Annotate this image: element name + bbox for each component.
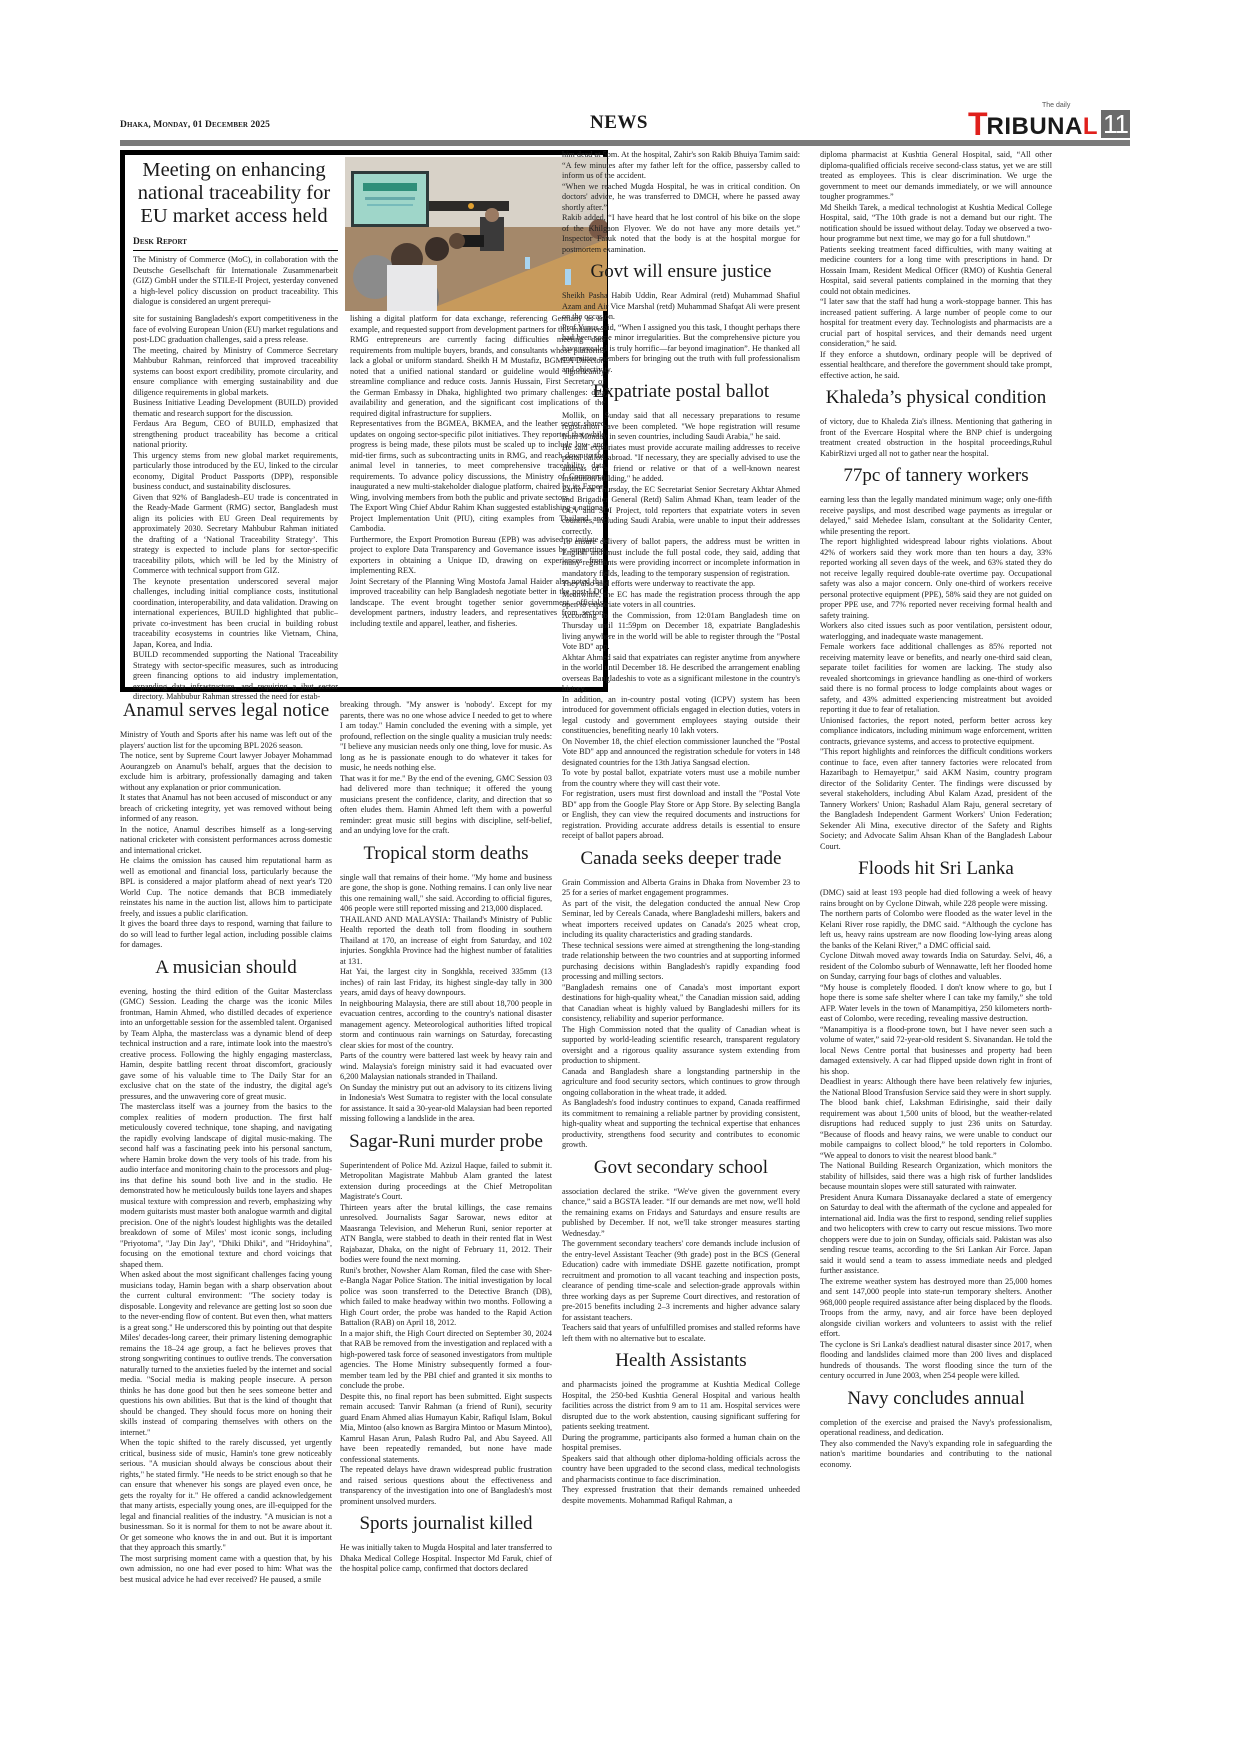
paragraph: Hat Yai, the largest city in Songkhla, r… [340, 967, 552, 999]
paragraph: He claims the omission has caused him re… [120, 856, 332, 919]
column-1: Anamul serves legal notice Ministry of Y… [120, 700, 332, 1585]
story-headline: Govt secondary school [562, 1157, 800, 1179]
story-headline: 77pc of tannery workers [820, 465, 1052, 487]
story-body: Ministry of Youth and Sports after his n… [120, 730, 332, 951]
paragraph: These technical sessions were aimed at s… [562, 941, 800, 983]
brand-last-letter: L [1083, 113, 1098, 140]
paragraph: The High Commission noted that the quali… [562, 1025, 800, 1067]
paragraph: The notice, sent by Supreme Court lawyer… [120, 751, 332, 793]
story-headline: Sports journalist killed [340, 1513, 552, 1535]
story-body: evening, hosting the third edition of th… [120, 987, 332, 1586]
paragraph: breaking through. "My answer is 'nobody'… [340, 700, 552, 774]
paragraph: It states that Anamul has not been accus… [120, 793, 332, 825]
tribune-logo: The daily T RIBUNAL [968, 110, 1098, 138]
paragraph: President Anura Kumara Dissanayake decla… [820, 1193, 1052, 1277]
paragraph: "Bangladesh remains one of Canada's most… [562, 983, 800, 1025]
paragraph: Sheikh Pasha Habib Uddin, Rear Admiral (… [562, 291, 800, 323]
story-body: He was initially taken to Mugda Hospital… [340, 1543, 552, 1575]
paragraph: Ferdaus Ara Begum, CEO of BUILD, emphasi… [133, 419, 338, 451]
paragraph: Meanwhile, the EC has made the registrat… [562, 590, 800, 611]
lead-story-box: Meeting on enhancing national traceabili… [120, 150, 608, 692]
paragraph: Patients seeking treatment faced difficu… [820, 245, 1052, 298]
paragraph: He said expatriates must provide accurat… [562, 443, 800, 485]
lead-headline: Meeting on enhancing national traceabili… [129, 159, 339, 228]
paragraph: completion of the exercise and praised t… [820, 1418, 1052, 1439]
paragraph: “My house is completely flooded. I don't… [820, 983, 1052, 1025]
lead-intro: The Ministry of Commerce (MoC), in colla… [133, 255, 338, 308]
paragraph: Mollik, on Sunday said that all necessar… [562, 411, 800, 443]
story-headline: A musician should [120, 957, 332, 979]
story-headline: Canada seeks deeper trade [562, 848, 800, 870]
newspaper-page: Dhaka, Monday, 01 December 2025 NEWS The… [120, 0, 1130, 1754]
paragraph: Teachers said that years of unfulfilled … [562, 1323, 800, 1344]
paragraph: Rakib added, “I have heard that he lost … [562, 213, 800, 255]
paragraph: him dead at 5pm. At the hospital, Zahir'… [562, 150, 800, 182]
story-body: breaking through. "My answer is 'nobody'… [340, 700, 552, 837]
paragraph: single wall that remains of their home. … [340, 873, 552, 915]
paragraph: The meeting, chaired by Ministry of Comm… [133, 346, 338, 399]
section-title: NEWS [590, 112, 648, 134]
story-body: Grain Commission and Alberta Grains in D… [562, 878, 800, 1151]
lead-intro-text: The Ministry of Commerce (MoC), in colla… [133, 255, 338, 308]
story-body: single wall that remains of their home. … [340, 873, 552, 1125]
paragraph: In addition, an in-country postal voting… [562, 695, 800, 737]
paragraph: Ministry of Youth and Sports after his n… [120, 730, 332, 751]
paragraph: The keynote presentation underscored sev… [133, 577, 338, 651]
brand-wordmark-text: RIBUNA [987, 113, 1083, 140]
paragraph: Md Sheikh Tarek, a medical technologist … [820, 203, 1052, 245]
paragraph: Parts of the country were battered last … [340, 1051, 552, 1083]
paragraph: earning less than the legally mandated m… [820, 495, 1052, 537]
paragraph: diploma pharmacist at Kushtia General Ho… [820, 150, 1052, 203]
story-body: association declared the strike. “We've … [562, 1187, 800, 1345]
paragraph: The masterclass itself was a journey fro… [120, 1102, 332, 1270]
paragraph: association declared the strike. “We've … [562, 1187, 800, 1240]
masthead: Dhaka, Monday, 01 December 2025 NEWS The… [120, 108, 1130, 142]
paragraph: Female workers face additional challenge… [820, 642, 1052, 716]
paragraph: As Bangladesh's food industry continues … [562, 1098, 800, 1151]
story-headline: Sagar-Runi murder probe [340, 1131, 552, 1153]
story-body: (DMC) said at least 193 people had died … [820, 888, 1052, 1382]
paragraph: Thirteen years after the brutal killings… [340, 1203, 552, 1266]
paragraph: According to the Commission, from 12:01a… [562, 611, 800, 653]
paragraph: As part of the visit, the delegation con… [562, 899, 800, 941]
paragraph: During the programme, participants also … [562, 1433, 800, 1454]
paragraph: Despite this, no final report has been s… [340, 1392, 552, 1466]
header-rule [120, 140, 1130, 146]
paragraph: “I later saw that the staff had hung a w… [820, 297, 1052, 350]
paragraph: To vote by postal ballot, expatriate vot… [562, 768, 800, 789]
paragraph: Akhtar Ahmed said that expatriates can r… [562, 653, 800, 695]
story-headline: Expatriate postal ballot [562, 381, 800, 403]
brand-first-letter: T [968, 110, 987, 138]
brand-logo: The daily T RIBUNAL 11 [968, 104, 1130, 138]
story-headline: Health Assistants [562, 1350, 800, 1372]
column-2: breaking through. "My answer is 'nobody'… [340, 700, 552, 1575]
paragraph: On November 18, the chief election commi… [562, 737, 800, 769]
paragraph: “When we reached Mugda Hospital, he was … [562, 182, 800, 214]
column-3: him dead at 5pm. At the hospital, Zahir'… [562, 150, 800, 1506]
brand-wordmark: RIBUNAL [987, 116, 1099, 138]
paragraph: "This report highlights and reinforces t… [820, 747, 1052, 852]
paragraph: To ensure delivery of ballot papers, the… [562, 537, 800, 579]
story-headline: Tropical storm deaths [340, 843, 552, 865]
paragraph: The cyclone is Sri Lanka's deadliest nat… [820, 1340, 1052, 1382]
lead-body-left: site for sustaining Bangladesh's export … [133, 314, 338, 703]
paragraph: Given that 92% of Bangladesh–EU trade is… [133, 493, 338, 577]
paragraph: Cyclone Ditwah moved away towards India … [820, 951, 1052, 983]
paragraph: and pharmacists joined the programme at … [562, 1380, 800, 1433]
paragraph: evening, hosting the third edition of th… [120, 987, 332, 1103]
story-headline: Govt will ensure justice [562, 261, 800, 283]
paragraph: The government secondary teachers' core … [562, 1239, 800, 1323]
story-body: completion of the exercise and praised t… [820, 1418, 1052, 1471]
paragraph: In the notice, Anamul describes himself … [120, 825, 332, 857]
brand-tagline: The daily [1042, 102, 1070, 109]
paragraph: In neighbouring Malaysia, there are stil… [340, 999, 552, 1052]
story-headline: Anamul serves legal notice [120, 700, 332, 722]
column-4: diploma pharmacist at Kushtia General Ho… [820, 150, 1052, 1470]
story-body: and pharmacists joined the programme at … [562, 1380, 800, 1506]
paragraph: BUILD recommended supporting the Nationa… [133, 650, 338, 703]
paragraph: Unionised factories, the report noted, p… [820, 716, 1052, 748]
paragraph: Workers also cited issues such as poor v… [820, 621, 1052, 642]
paragraph: The extreme weather system has destroyed… [820, 1277, 1052, 1340]
paragraph: When the topic shifted to the rarely dis… [120, 1438, 332, 1554]
paragraph: of victory, due to Khaleda Zia's illness… [820, 417, 1052, 459]
paragraph: Prof Yunus said, “When I assigned you th… [562, 323, 800, 376]
paragraph: The most surprising moment came with a q… [120, 1554, 332, 1586]
story-body: Mollik, on Sunday said that all necessar… [562, 411, 800, 842]
paragraph: Runi's brother, Nowsher Alam Roman, file… [340, 1266, 552, 1329]
paragraph: They also said efforts were underway to … [562, 579, 800, 590]
paragraph: “Manampitiya is a flood-prone town, but … [820, 1025, 1052, 1078]
dateline: Dhaka, Monday, 01 December 2025 [120, 120, 270, 130]
byline: Desk Report [133, 237, 338, 251]
paragraph: Grain Commission and Alberta Grains in D… [562, 878, 800, 899]
paragraph: On Sunday the ministry put out an adviso… [340, 1083, 552, 1125]
story-body: Sheikh Pasha Habib Uddin, Rear Admiral (… [562, 291, 800, 375]
paragraph: Canada and Bangladesh share a longstandi… [562, 1067, 800, 1099]
story-body: Superintendent of Police Md. Azizul Haqu… [340, 1161, 552, 1508]
paragraph: The report highlighted widespread labour… [820, 537, 1052, 621]
paragraph: Business Initiative Leading Development … [133, 398, 338, 419]
paragraph: That was it for me." By the end of the e… [340, 774, 552, 837]
paragraph: When asked about the most significant ch… [120, 1270, 332, 1438]
paragraph: Earlier on Thursday, the EC Secretariat … [562, 485, 800, 538]
paragraph: If they enforce a shutdown, ordinary peo… [820, 350, 1052, 382]
paragraph: The blood bank chief, Lakshman Edirising… [820, 1098, 1052, 1161]
paragraph: They expressed frustration that their de… [562, 1485, 800, 1506]
story-body: diploma pharmacist at Kushtia General Ho… [820, 150, 1052, 381]
paragraph: site for sustaining Bangladesh's export … [133, 314, 338, 346]
paragraph: In a major shift, the High Court directe… [340, 1329, 552, 1392]
paragraph: This urgency stems from new global marke… [133, 451, 338, 493]
paragraph: Speakers said that although other diplom… [562, 1454, 800, 1486]
paragraph: The National Building Research Organizat… [820, 1161, 1052, 1193]
story-body: earning less than the legally mandated m… [820, 495, 1052, 852]
paragraph: They also commended the Navy's expanding… [820, 1439, 1052, 1471]
story-body: him dead at 5pm. At the hospital, Zahir'… [562, 150, 800, 255]
paragraph: For registration, users must first downl… [562, 789, 800, 842]
story-body: of victory, due to Khaleda Zia's illness… [820, 417, 1052, 459]
paragraph: Deadliest in years: Although there have … [820, 1077, 1052, 1098]
story-headline: Khaleda’s physical condition [820, 387, 1052, 409]
paragraph: The repeated delays have drawn widesprea… [340, 1465, 552, 1507]
paragraph: THAILAND AND MALAYSIA: Thailand's Minist… [340, 915, 552, 968]
paragraph: It gives the board three days to respond… [120, 919, 332, 951]
story-headline: Navy concludes annual [820, 1388, 1052, 1410]
story-headline: Floods hit Sri Lanka [820, 858, 1052, 880]
paragraph: Superintendent of Police Md. Azizul Haqu… [340, 1161, 552, 1203]
page-number: 11 [1101, 110, 1130, 138]
paragraph: He was initially taken to Mugda Hospital… [340, 1543, 552, 1575]
paragraph: (DMC) said at least 193 people had died … [820, 888, 1052, 909]
paragraph: The northern parts of Colombo were flood… [820, 909, 1052, 951]
